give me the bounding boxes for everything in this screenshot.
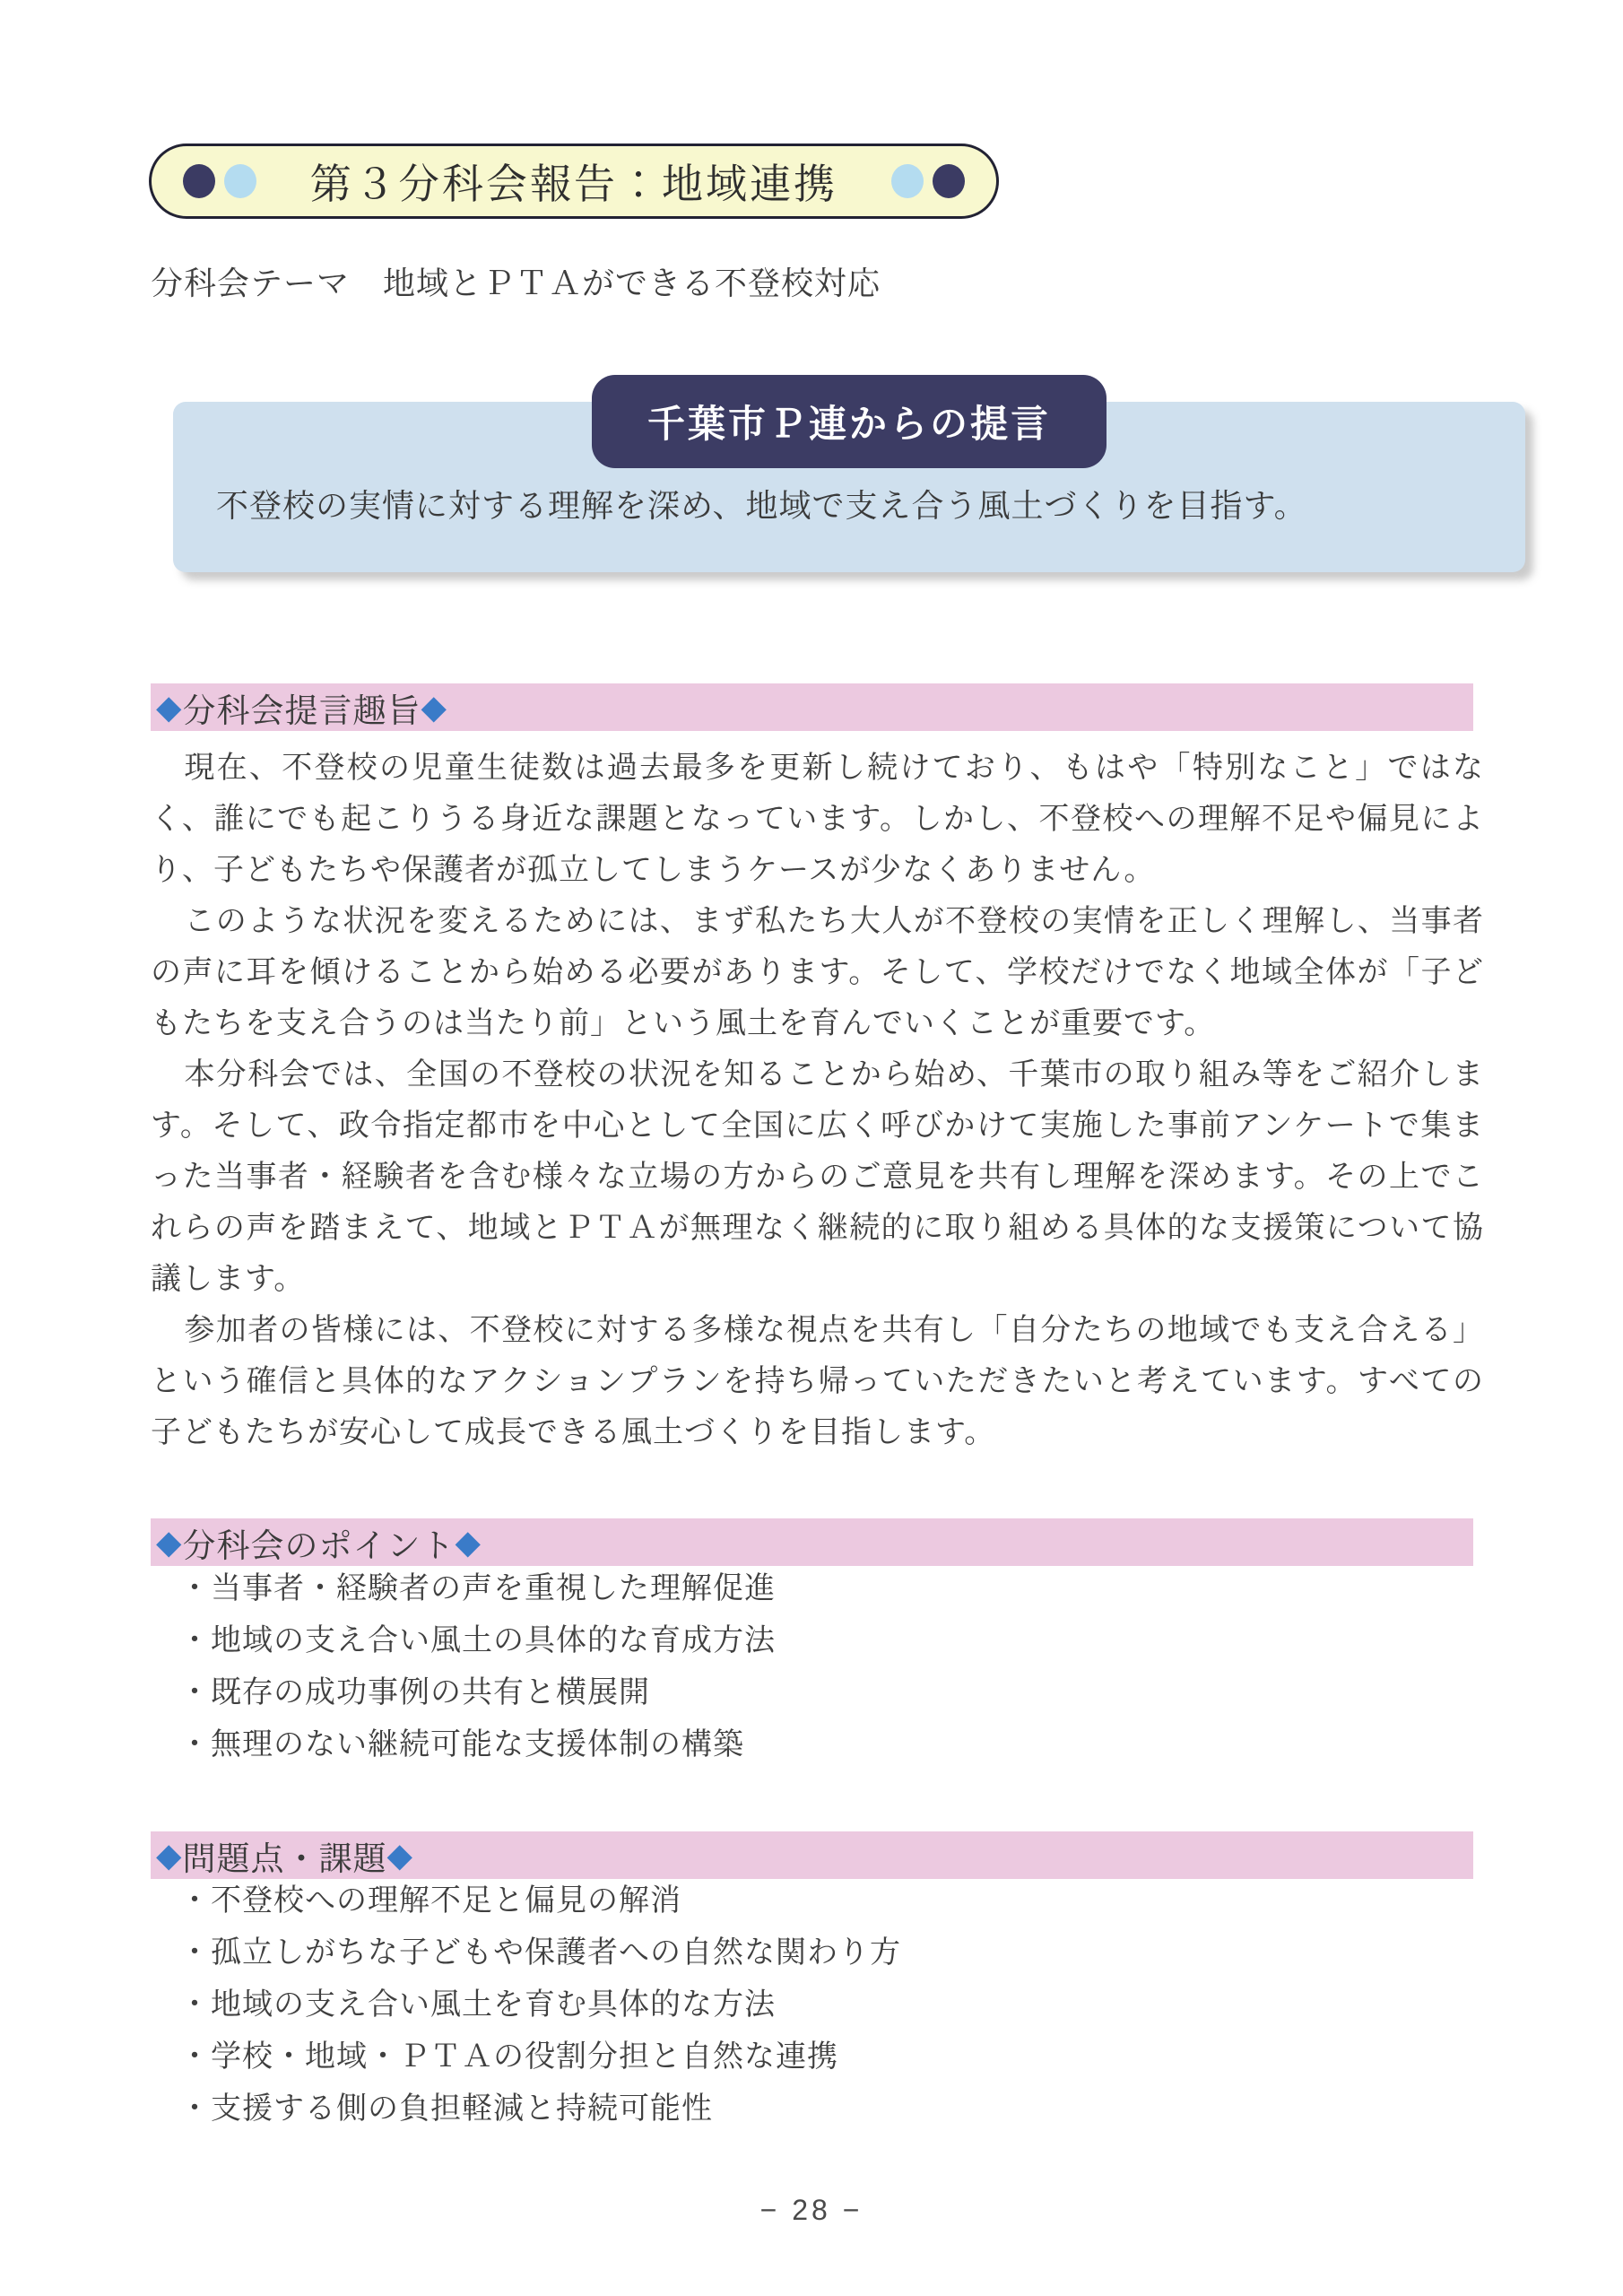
diamond-icon: ◆ — [455, 1523, 481, 1561]
page-number: − 28 − — [0, 2194, 1623, 2227]
issues-list: ・不登校への理解不足と偏見の解消 ・孤立しがちな子どもや保護者への自然な関わり方… — [179, 1874, 901, 2135]
paragraph: 本分科会では、全国の不登校の状況を知ることから始め、千葉市の取り組み等をご紹介し… — [151, 1049, 1484, 1305]
list-item: ・地域の支え合い風土の具体的な育成方法 — [179, 1614, 776, 1666]
section-header-label: 分科会のポイント — [182, 1518, 455, 1567]
page-title: 第３分科会報告：地域連携 — [310, 152, 838, 211]
paragraph: このような状況を変えるためには、まず私たち大人が不登校の実情を正しく理解し、当事… — [151, 896, 1484, 1049]
points-list: ・当事者・経験者の声を重視した理解促進 ・地域の支え合い風土の具体的な育成方法 … — [179, 1562, 776, 1770]
purpose-paragraphs: 現在、不登校の児童生徒数は過去最多を更新し続けており、もはや「特別なこと」ではな… — [151, 743, 1484, 1458]
section-header-purpose: ◆分科会提言趣旨◆ — [151, 683, 1473, 731]
diamond-icon: ◆ — [386, 1836, 412, 1874]
list-item: ・地域の支え合い風土を育む具体的な方法 — [179, 1979, 901, 2031]
section-header-label: 問題点・課題 — [182, 1831, 386, 1880]
light-blue-dot-icon — [891, 164, 924, 198]
diamond-icon: ◆ — [156, 688, 182, 726]
list-item: ・既存の成功事例の共有と横展開 — [179, 1666, 776, 1718]
title-banner: 第３分科会報告：地域連携 — [149, 143, 999, 219]
light-blue-dot-icon — [224, 164, 256, 198]
session-theme: 分科会テーマ 地域とＰＴＡができる不登校対応 — [151, 258, 881, 304]
diamond-icon: ◆ — [156, 1523, 182, 1561]
report-page: 第３分科会報告：地域連携 分科会テーマ 地域とＰＴＡができる不登校対応 千葉市Ｐ… — [0, 0, 1623, 2296]
proposal-text: 不登校の実情に対する理解を深め、地域で支え合う風土づくりを目指す。 — [216, 402, 1489, 572]
section-header-label: 分科会提言趣旨 — [182, 683, 421, 732]
navy-dot-icon — [933, 164, 965, 198]
list-item: ・孤立しがちな子どもや保護者への自然な関わり方 — [179, 1926, 901, 1979]
navy-dot-icon — [183, 164, 215, 198]
list-item: ・当事者・経験者の声を重視した理解促進 — [179, 1562, 776, 1614]
section-header-issues: ◆問題点・課題◆ — [151, 1831, 1473, 1879]
list-item: ・無理のない継続可能な支援体制の構築 — [179, 1718, 776, 1770]
list-item: ・学校・地域・ＰＴＡの役割分担と自然な連携 — [179, 2031, 901, 2083]
paragraph: 参加者の皆様には、不登校に対する多様な視点を共有し「自分たちの地域でも支え合える… — [151, 1305, 1484, 1458]
section-header-points: ◆分科会のポイント◆ — [151, 1518, 1473, 1566]
diamond-icon: ◆ — [421, 688, 447, 726]
paragraph: 現在、不登校の児童生徒数は過去最多を更新し続けており、もはや「特別なこと」ではな… — [151, 743, 1484, 896]
list-item: ・不登校への理解不足と偏見の解消 — [179, 1874, 901, 1926]
diamond-icon: ◆ — [156, 1836, 182, 1874]
list-item: ・支援する側の負担軽減と持続可能性 — [179, 2083, 901, 2135]
proposal-box: 千葉市Ｐ連からの提言 不登校の実情に対する理解を深め、地域で支え合う風土づくりを… — [173, 402, 1525, 572]
